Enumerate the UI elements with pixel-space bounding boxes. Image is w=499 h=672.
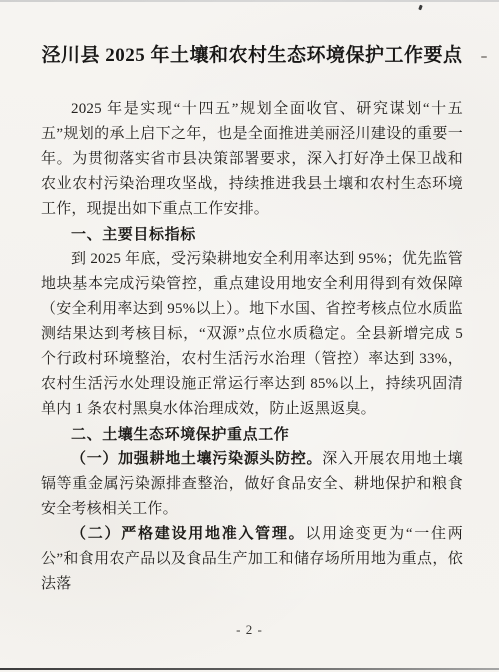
page-number: - 2 - [0,622,499,638]
scan-speck [481,56,487,58]
paragraph-lead: （二）严格建设用地准入管理。 [71,526,305,542]
paragraph-lead: （一）加强耕地土壤污染源头防控。 [71,451,322,467]
scanned-document-page: 泾川县 2025 年土壤和农村生态环境保护工作要点 2025 年是实现“十四五”… [0,0,499,672]
document-body: 2025 年是实现“十四五”规划全面收官、研究谋划“十五五”规划的承上启下之年，… [41,97,463,597]
section-heading: 二、土壤生态环境保护重点工作 [41,422,463,447]
paragraph: （二）严格建设用地准入管理。以用途变更为“一住两公”和食用农产品以及食品生产加工… [41,522,463,597]
scan-edge-bottom [0,668,499,670]
section-heading: 一、主要目标指标 [41,222,463,247]
document-title: 泾川县 2025 年土壤和农村生态环境保护工作要点 [41,44,463,68]
paragraph: 2025 年是实现“十四五”规划全面收官、研究谋划“十五五”规划的承上启下之年，… [41,97,463,222]
paragraph: （一）加强耕地土壤污染源头防控。深入开展农用地土壤镉等重金属污染源排查整治，做好… [41,447,463,522]
paragraph: 到 2025 年底，受污染耕地安全利用率达到 95%；优先监管地块基本完成污染管… [41,247,463,422]
document-content: 泾川县 2025 年土壤和农村生态环境保护工作要点 2025 年是实现“十四五”… [41,44,463,597]
scan-edge-top [0,0,499,2]
scan-speck [418,5,423,11]
